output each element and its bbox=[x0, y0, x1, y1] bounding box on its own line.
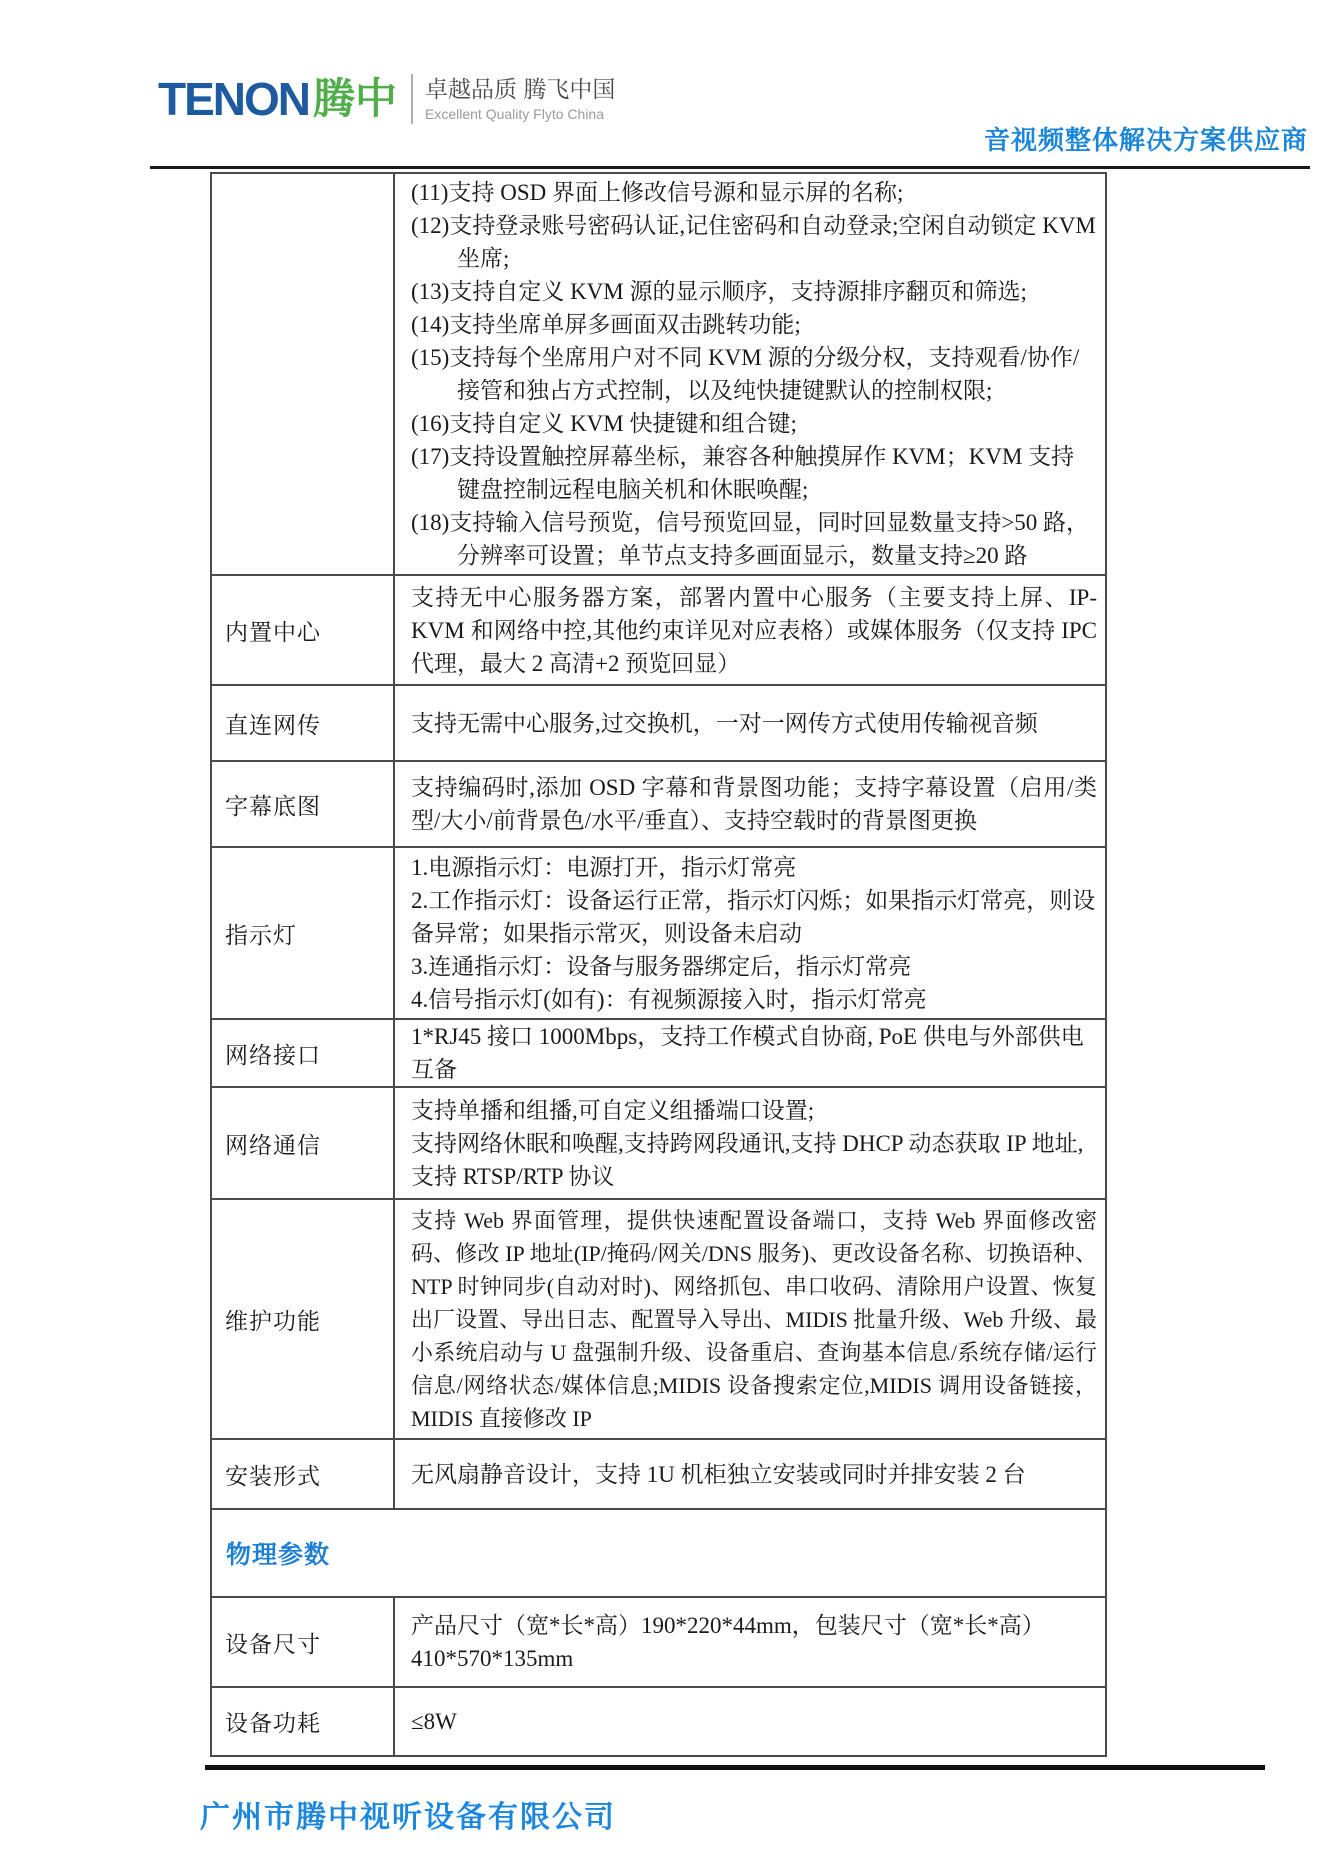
feature-item: (17)支持设置触控屏幕坐标，兼容各种触摸屏作 KVM；KVM 支持键盘控制远程… bbox=[411, 440, 1097, 506]
row-label: 设备功耗 bbox=[212, 1688, 395, 1755]
table-row: 字幕底图 支持编码时,添加 OSD 字幕和背景图功能；支持字幕设置（启用/类型/… bbox=[212, 762, 1105, 848]
tagline-english: Excellent Quality Flyto China bbox=[425, 105, 615, 123]
row-label: 网络通信 bbox=[212, 1088, 395, 1198]
footer-rule-line bbox=[205, 1765, 1265, 1770]
feature-item: (14)支持坐席单屏多画面双击跳转功能; bbox=[411, 308, 1097, 341]
table-row: 安装形式 无风扇静音设计，支持 1U 机柜独立安装或同时并排安装 2 台 bbox=[212, 1440, 1105, 1510]
content-line: ≤8W bbox=[411, 1705, 1097, 1738]
company-logo: TENON 腾中 卓越品质 腾飞中国 Excellent Quality Fly… bbox=[158, 74, 615, 124]
table-row: (11)支持 OSD 界面上修改信号源和显示屏的名称; (12)支持登录账号密码… bbox=[212, 174, 1105, 576]
row-label: 安装形式 bbox=[212, 1440, 395, 1508]
feature-item: (15)支持每个坐席用户对不同 KVM 源的分级分权，支持观看/协作/接管和独占… bbox=[411, 341, 1097, 407]
feature-item: (12)支持登录账号密码认证,记住密码和自动登录;空闲自动锁定 KVM 坐席; bbox=[411, 209, 1097, 275]
row-content: 支持无需中心服务,过交换机，一对一网传方式使用传输视音频 bbox=[395, 686, 1105, 760]
content-line: 支持无中心服务器方案，部署内置中心服务（主要支持上屏、IP-KVM 和网络中控,… bbox=[411, 581, 1097, 680]
row-content: 1.电源指示灯：电源打开，指示灯常亮 2.工作指示灯：设备运行正常，指示灯闪烁；… bbox=[395, 848, 1105, 1018]
table-row: 维护功能 支持 Web 界面管理，提供快速配置设备端口，支持 Web 界面修改密… bbox=[212, 1200, 1105, 1440]
row-label: 指示灯 bbox=[212, 848, 395, 1018]
row-content: 支持编码时,添加 OSD 字幕和背景图功能；支持字幕设置（启用/类型/大小/前背… bbox=[395, 762, 1105, 846]
logo-chinese-text: 腾中 bbox=[313, 78, 397, 120]
row-content: 支持无中心服务器方案，部署内置中心服务（主要支持上屏、IP-KVM 和网络中控,… bbox=[395, 576, 1105, 684]
table-row: 网络接口 1*RJ45 接口 1000Mbps，支持工作模式自协商, PoE 供… bbox=[212, 1020, 1105, 1088]
section-title: 物理参数 bbox=[212, 1510, 1105, 1596]
row-content: 产品尺寸（宽*长*高）190*220*44mm，包装尺寸（宽*长*高）410*5… bbox=[395, 1598, 1105, 1686]
row-content: 支持单播和组播,可自定义组播端口设置; 支持网络休眠和唤醒,支持跨网段通讯,支持… bbox=[395, 1088, 1105, 1198]
row-content: ≤8W bbox=[395, 1688, 1105, 1755]
row-content: 支持 Web 界面管理，提供快速配置设备端口，支持 Web 界面修改密码、修改 … bbox=[395, 1200, 1105, 1438]
content-line: 产品尺寸（宽*长*高）190*220*44mm，包装尺寸（宽*长*高）410*5… bbox=[411, 1609, 1097, 1675]
feature-item: (13)支持自定义 KVM 源的显示顺序，支持源排序翻页和筛选; bbox=[411, 275, 1097, 308]
header-slogan: 音视频整体解决方案供应商 bbox=[984, 120, 1308, 157]
content-line: 2.工作指示灯：设备运行正常，指示灯闪烁；如果指示灯常亮，则设备异常；如果指示常… bbox=[411, 884, 1097, 950]
content-line: 支持编码时,添加 OSD 字幕和背景图功能；支持字幕设置（启用/类型/大小/前背… bbox=[411, 771, 1097, 837]
logo-tagline: 卓越品质 腾飞中国 Excellent Quality Flyto China bbox=[425, 75, 615, 123]
content-line: 支持单播和组播,可自定义组播端口设置; bbox=[411, 1094, 1097, 1127]
table-row: 设备功耗 ≤8W bbox=[212, 1688, 1105, 1755]
content-line: 4.信号指示灯(如有)：有视频源接入时，指示灯常亮 bbox=[411, 983, 1097, 1016]
table-row: 设备尺寸 产品尺寸（宽*长*高）190*220*44mm，包装尺寸（宽*长*高）… bbox=[212, 1598, 1105, 1688]
row-label: 直连网传 bbox=[212, 686, 395, 760]
feature-list: (11)支持 OSD 界面上修改信号源和显示屏的名称; (12)支持登录账号密码… bbox=[395, 174, 1105, 574]
table-row: 网络通信 支持单播和组播,可自定义组播端口设置; 支持网络休眠和唤醒,支持跨网段… bbox=[212, 1088, 1105, 1200]
row-label: 设备尺寸 bbox=[212, 1598, 395, 1686]
section-header-row: 物理参数 bbox=[212, 1510, 1105, 1598]
row-label: 维护功能 bbox=[212, 1200, 395, 1438]
row-content: 1*RJ45 接口 1000Mbps，支持工作模式自协商, PoE 供电与外部供… bbox=[395, 1020, 1105, 1086]
row-content: 无风扇静音设计，支持 1U 机柜独立安装或同时并排安装 2 台 bbox=[395, 1440, 1105, 1508]
header-rule-line bbox=[150, 166, 1310, 169]
logo-tenon-text: TENON bbox=[158, 76, 309, 122]
content-line: 3.连通指示灯：设备与服务器绑定后，指示灯常亮 bbox=[411, 950, 1097, 983]
content-line: 支持 Web 界面管理，提供快速配置设备端口，支持 Web 界面修改密码、修改 … bbox=[411, 1204, 1097, 1435]
content-line: 1*RJ45 接口 1000Mbps，支持工作模式自协商, PoE 供电与外部供… bbox=[411, 1020, 1097, 1086]
logo-divider bbox=[411, 74, 413, 124]
row-label: 字幕底图 bbox=[212, 762, 395, 846]
table-row: 直连网传 支持无需中心服务,过交换机，一对一网传方式使用传输视音频 bbox=[212, 686, 1105, 762]
content-line: 1.电源指示灯：电源打开，指示灯常亮 bbox=[411, 851, 1097, 884]
content-line: 无风扇静音设计，支持 1U 机柜独立安装或同时并排安装 2 台 bbox=[411, 1458, 1097, 1491]
feature-item: (16)支持自定义 KVM 快捷键和组合键; bbox=[411, 407, 1097, 440]
feature-item: (11)支持 OSD 界面上修改信号源和显示屏的名称; bbox=[411, 176, 1097, 209]
content-line: 支持无需中心服务,过交换机，一对一网传方式使用传输视音频 bbox=[411, 707, 1097, 740]
feature-item: (18)支持输入信号预览，信号预览回显，同时回显数量支持>50 路，分辨率可设置… bbox=[411, 506, 1097, 572]
content-line: 支持网络休眠和唤醒,支持跨网段通讯,支持 DHCP 动态获取 IP 地址,支持 … bbox=[411, 1127, 1097, 1193]
table-row: 指示灯 1.电源指示灯：电源打开，指示灯常亮 2.工作指示灯：设备运行正常，指示… bbox=[212, 848, 1105, 1020]
tagline-chinese: 卓越品质 腾飞中国 bbox=[425, 75, 615, 105]
table-row: 内置中心 支持无中心服务器方案，部署内置中心服务（主要支持上屏、IP-KVM 和… bbox=[212, 576, 1105, 686]
company-name: 广州市腾中视听设备有限公司 bbox=[200, 1792, 616, 1836]
document-page: TENON 腾中 卓越品质 腾飞中国 Excellent Quality Fly… bbox=[0, 0, 1323, 1871]
row-label: 内置中心 bbox=[212, 576, 395, 684]
row-label: 网络接口 bbox=[212, 1020, 395, 1086]
spec-table: (11)支持 OSD 界面上修改信号源和显示屏的名称; (12)支持登录账号密码… bbox=[210, 172, 1107, 1757]
row-label-empty bbox=[212, 174, 395, 574]
